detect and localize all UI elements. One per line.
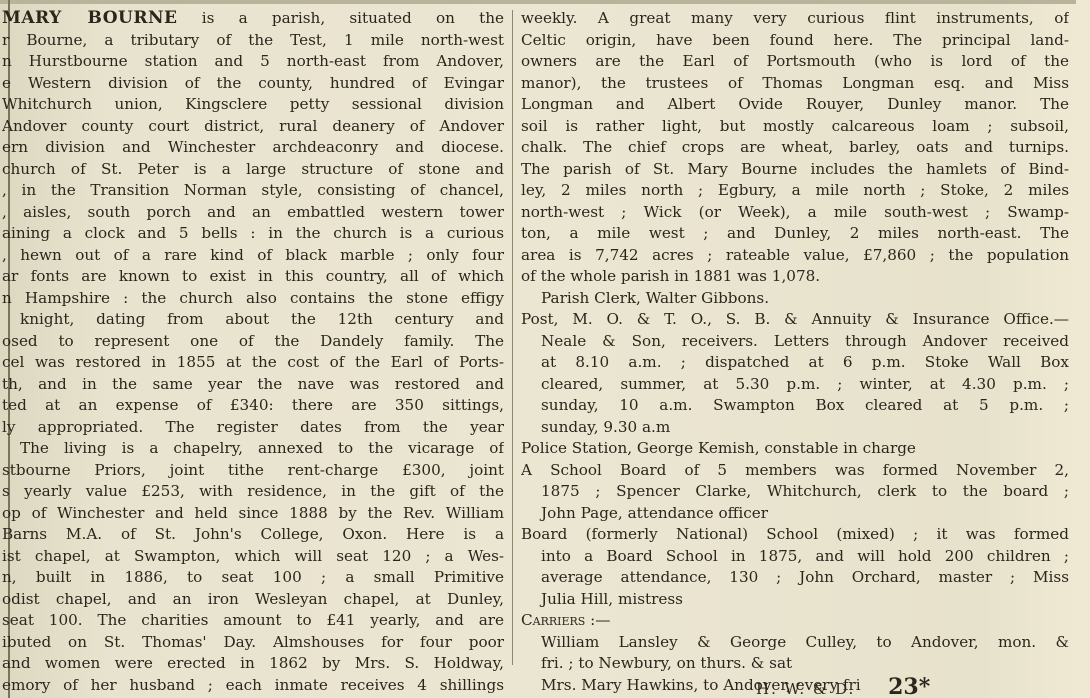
text-line: s yearly value £253, with residence, in …	[2, 481, 504, 503]
text-line: ern division and Winchester archdeaconry…	[2, 137, 504, 159]
page-right-edge	[1076, 0, 1090, 698]
text-line: 1875 ; Spencer Clarke, Whitchurch, clerk…	[521, 481, 1069, 503]
text-line: Celtic origin, have been found here. The…	[521, 30, 1069, 52]
school-board-entry: A School Board of 5 members was formed N…	[521, 460, 1069, 482]
text-line: area is 7,742 acres ; rateable value, £7…	[521, 245, 1069, 267]
text-line: op of Winchester and held since 1888 by …	[2, 503, 504, 525]
page-number: 23*	[888, 674, 930, 698]
text-line: , aisles, south porch and an embattled w…	[2, 202, 504, 224]
text-line: The living is a chapelry, annexed to the…	[2, 438, 504, 460]
column-divider	[512, 10, 513, 665]
text-line: ley, 2 miles north ; Egbury, a mile nort…	[521, 180, 1069, 202]
text-line: n Hampshire : the church also contains t…	[2, 288, 504, 310]
text-line: owners are the Earl of Portsmouth (who i…	[521, 51, 1069, 73]
text-line: The parish of St. Mary Bourne includes t…	[521, 159, 1069, 181]
text-line: n Hurstbourne station and 5 north-east f…	[2, 51, 504, 73]
text-line: knight, dating from about the 12th centu…	[2, 309, 504, 331]
text-line: manor), the trustees of Thomas Longman e…	[521, 73, 1069, 95]
page-footer: H. W. & D. 23*	[756, 674, 930, 698]
police-station-entry: Police Station, George Kemish, constable…	[521, 438, 1069, 460]
text-line: Barns M.A. of St. John's College, Oxon. …	[2, 524, 504, 546]
text-line: n, built in 1886, to seat 100 ; a small …	[2, 567, 504, 589]
text-line: emory of her husband ; each inmate recei…	[2, 675, 504, 697]
text-line: e Western division of the county, hundre…	[2, 73, 504, 95]
text-line: Neale & Son, receivers. Letters through …	[521, 331, 1069, 353]
text-line: ist chapel, at Swampton, which will seat…	[2, 546, 504, 568]
text-line: John Page, attendance officer	[521, 503, 1069, 525]
text-line: weekly. A great many very curious flint …	[521, 8, 1069, 30]
text-line: th, and in the same year the nave was re…	[2, 374, 504, 396]
text-line: cel was restored in 1855 at the cost of …	[2, 352, 504, 374]
text-line: odist chapel, and an iron Wesleyan chape…	[2, 589, 504, 611]
entry-title: MARY BOURNE	[2, 8, 178, 28]
text-line: and women were erected in 1862 by Mrs. S…	[2, 653, 504, 675]
text-line: ted at an expense of £340: there are 350…	[2, 395, 504, 417]
carrier-entry: William Lansley & George Culley, to Ando…	[521, 632, 1069, 654]
text-line: into a Board School in 1875, and will ho…	[521, 546, 1069, 568]
text-line: aining a clock and 5 bells : in the chur…	[2, 223, 504, 245]
scanned-directory-page: MARY BOURNE is a parish, situated on the…	[0, 0, 1090, 698]
text-line: of the whole parish in 1881 was 1,078.	[521, 266, 1069, 288]
text-line: ibuted on St. Thomas' Day. Almshouses fo…	[2, 632, 504, 654]
text-line: seat 100. The charities amount to £41 ye…	[2, 610, 504, 632]
cropped-header-strip	[0, 0, 1090, 4]
text-line: ton, a mile west ; and Dunley, 2 miles n…	[521, 223, 1069, 245]
text-line: Julia Hill, mistress	[521, 589, 1069, 611]
post-office-entry: Post, M. O. & T. O., S. B. & Annuity & I…	[521, 309, 1069, 331]
text-line: fri. ; to Newbury, on thurs. & sat	[521, 653, 1069, 675]
right-column: weekly. A great many very curious flint …	[521, 8, 1069, 696]
text-line: Longman and Albert Ovide Rouyer, Dunley …	[521, 94, 1069, 116]
text-line: stbourne Priors, joint tithe rent-charge…	[2, 460, 504, 482]
left-column: MARY BOURNE is a parish, situated on the…	[2, 8, 504, 696]
text-line: sunday, 10 a.m. Swampton Box cleared at …	[521, 395, 1069, 417]
board-school-entry: Board (formerly National) School (mixed)…	[521, 524, 1069, 546]
text-line: sunday, 9.30 a.m	[521, 417, 1069, 439]
text-line: church of St. Peter is a large structure…	[2, 159, 504, 181]
text-line: r Bourne, a tributary of the Test, 1 mil…	[2, 30, 504, 52]
text-line: ly appropriated. The register dates from…	[2, 417, 504, 439]
text-line: MARY BOURNE is a parish, situated on the	[2, 8, 504, 30]
text-line: chalk. The chief crops are wheat, barley…	[521, 137, 1069, 159]
text-line: Andover county court district, rural dea…	[2, 116, 504, 138]
text-line: soil is rather light, but mostly calcare…	[521, 116, 1069, 138]
text-line: osed to represent one of the Dandely fam…	[2, 331, 504, 353]
parish-clerk-line: Parish Clerk, Walter Gibbons.	[521, 288, 1069, 310]
text-line: north-west ; Wick (or Week), a mile sout…	[521, 202, 1069, 224]
printer-signature: H. W. & D.	[756, 680, 855, 698]
carriers-heading: Carriers :—	[521, 610, 1069, 632]
text-line: at 8.10 a.m. ; dispatched at 6 p.m. Stok…	[521, 352, 1069, 374]
text-line: Whitchurch union, Kingsclere petty sessi…	[2, 94, 504, 116]
text-line: , hewn out of a rare kind of black marbl…	[2, 245, 504, 267]
text-line: cleared, summer, at 5.30 p.m. ; winter, …	[521, 374, 1069, 396]
text-line: , in the Transition Norman style, consis…	[2, 180, 504, 202]
text-line: average attendance, 130 ; John Orchard, …	[521, 567, 1069, 589]
text-line: ar fonts are known to exist in this coun…	[2, 266, 504, 288]
